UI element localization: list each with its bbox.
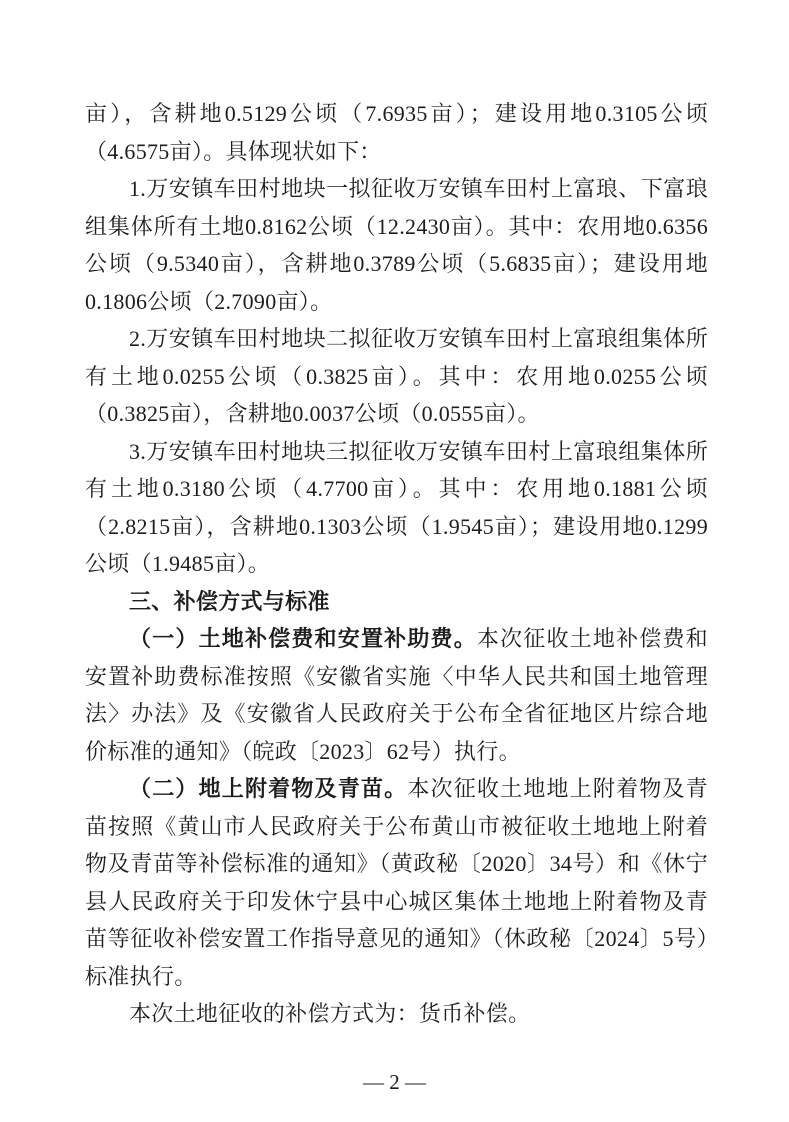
page-number: — 2 — xyxy=(0,1068,789,1096)
paragraph-land-compensation-fee: （一）土地补偿费和安置补助费。本次征收土地补偿费和安置补助费标准按照《安徽省实施… xyxy=(85,620,708,770)
paragraph-ground-attachments: （二）地上附着物及青苗。本次征收土地地上附着物及青苗按照《黄山市人民政府关于公布… xyxy=(85,770,708,995)
paragraph-lead-ground-attachments: （二）地上附着物及青苗。 xyxy=(129,776,407,801)
paragraph-land-status-continuation: 亩），含耕地0.5129公顷（7.6935亩）；建设用地0.3105公顷（4.6… xyxy=(85,95,708,170)
section-heading-compensation-method: 三、补偿方式与标准 xyxy=(85,583,708,621)
document-body: 亩），含耕地0.5129公顷（7.6935亩）；建设用地0.3105公顷（4.6… xyxy=(85,95,708,1033)
paragraph-monetary-compensation: 本次土地征收的补偿方式为：货币补偿。 xyxy=(85,995,708,1033)
document-page: 亩），含耕地0.5129公顷（7.6935亩）；建设用地0.3105公顷（4.6… xyxy=(0,0,789,1122)
paragraph-plot-2: 2.万安镇车田村地块二拟征收万安镇车田村上富琅组集体所有土地0.0255公顷（0… xyxy=(85,320,708,433)
paragraph-plot-1: 1.万安镇车田村地块一拟征收万安镇车田村上富琅、下富琅组集体所有土地0.8162… xyxy=(85,170,708,320)
paragraph-lead-land-compensation: （一）土地补偿费和安置补助费。 xyxy=(129,626,477,651)
paragraph-plot-3: 3.万安镇车田村地块三拟征收万安镇车田村上富琅组集体所有土地0.3180公顷（4… xyxy=(85,433,708,583)
paragraph-text-ground-attachments: 本次征收土地地上附着物及青苗按照《黄山市人民政府关于公布黄山市被征收土地地上附着… xyxy=(85,776,708,989)
